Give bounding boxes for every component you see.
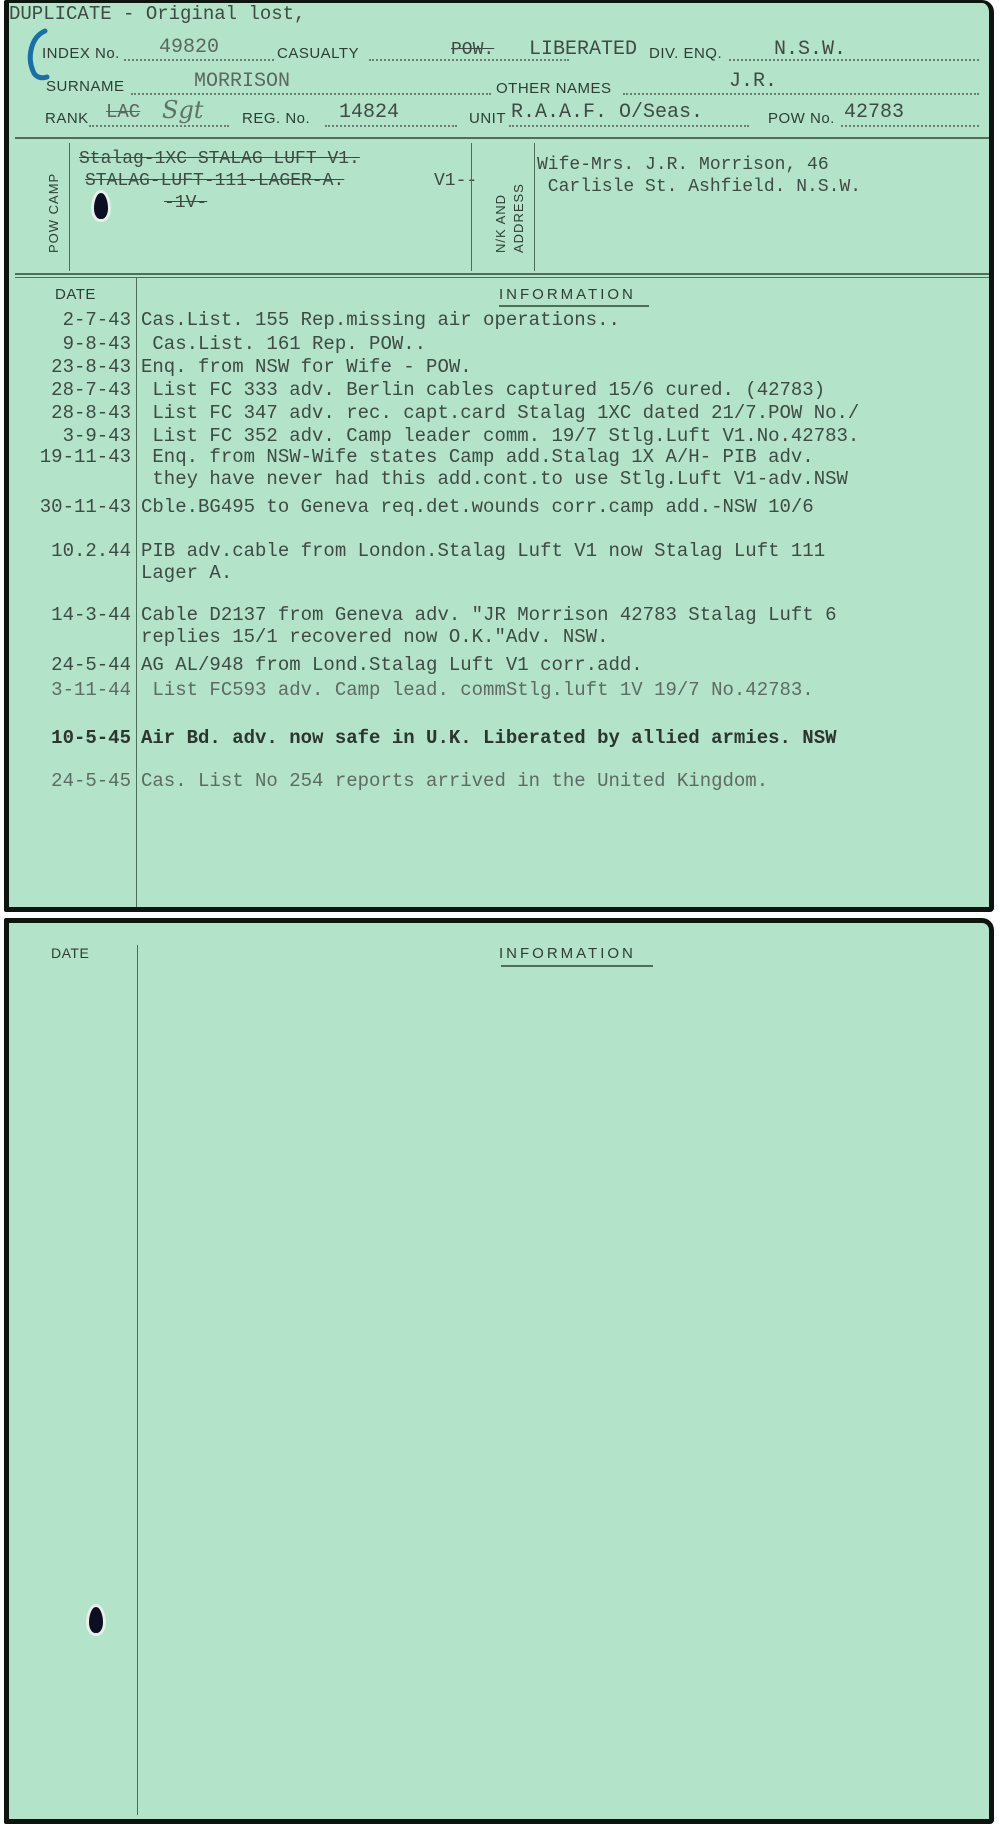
entry-text: Cas.List. 161 Rep. POW.. (141, 333, 426, 355)
pow-camp-line-3: -1V- (164, 193, 207, 213)
back-information-header: INFORMATION (499, 945, 636, 962)
reg-no-value: 14824 (339, 101, 399, 124)
surname-label: SURNAME (46, 78, 125, 95)
entry-text: Cas.List. 155 Rep.missing air operations… (141, 309, 620, 331)
pow-camp-line-1: Stalag-1XC STALAG LUFT V1. (79, 149, 360, 169)
casualty-value: LIBERATED (529, 38, 637, 61)
nok-label-1: N/K AND (493, 194, 508, 253)
unit-label: UNIT (469, 110, 506, 127)
entry-text: Enq. from NSW-Wife states Camp add.Stala… (141, 446, 814, 468)
entry-date: 2-7-43 (9, 309, 131, 331)
entry-date: 28-8-43 (9, 402, 131, 424)
index-no-label: INDEX No. (42, 45, 120, 62)
entry-date: 23-8-43 (9, 356, 131, 378)
pow-no-label: POW No. (768, 110, 835, 127)
rank-label: RANK (45, 110, 89, 127)
entry-text: List FC 333 adv. Berlin cables captured … (141, 379, 825, 401)
entry-date: 14-3-44 (9, 604, 131, 626)
back-date-header: DATE (51, 945, 89, 961)
entry-text: AG AL/948 from Lond.Stalag Luft V1 corr.… (141, 654, 643, 676)
entry-text: Cble.BG495 to Geneva req.det.wounds corr… (141, 496, 814, 518)
entry-date: 24-5-44 (9, 654, 131, 676)
nok-address-line-2: Carlisle St. Ashfield. N.S.W. (537, 177, 861, 197)
div-enq-value: N.S.W. (774, 38, 846, 61)
div-enq-label: DIV. ENQ. (649, 45, 722, 62)
entry-text: Cable D2137 from Geneva adv. "JR Morriso… (141, 604, 837, 626)
punch-hole (94, 193, 108, 219)
entry-text: Enq. from NSW for Wife - POW. (141, 356, 472, 378)
entry-date: 24-5-45 (9, 770, 131, 792)
entry-date: 10.2.44 (9, 540, 131, 562)
entry-text: PIB adv.cable from London.Stalag Luft V1… (141, 540, 825, 562)
rank-struck-value: LAC (106, 101, 140, 123)
entry-date: 9-8-43 (9, 333, 131, 355)
pow-no-value: 42783 (844, 101, 904, 124)
pow-camp-line-2: STALAG-LUFT-111-LAGER-A. (85, 171, 344, 191)
entry-text: List FC593 adv. Camp lead. commStlg.luft… (141, 679, 814, 701)
date-header: DATE (55, 286, 96, 303)
entry-date: 19-11-43 (9, 446, 131, 468)
entry-date: 3-11-44 (9, 679, 131, 701)
record-card-back: DATE INFORMATION (4, 918, 994, 1824)
entry-text: Cas. List No 254 reports arrived in the … (141, 770, 768, 792)
entry-date: 28-7-43 (9, 379, 131, 401)
index-no-value: 49820 (159, 36, 219, 59)
pow-camp-label: POW CAMP (46, 173, 61, 253)
record-card-front: DUPLICATE - Original lost, INDEX No. 498… (4, 0, 994, 912)
entry-text: List FC 352 adv. Camp leader comm. 19/7 … (141, 425, 859, 447)
other-names-value: J.R. (729, 70, 777, 93)
casualty-struck-value: POW. (451, 40, 494, 60)
entry-date: 30-11-43 (9, 496, 131, 518)
entry-text: List FC 347 adv. rec. capt.card Stalag 1… (141, 402, 859, 424)
unit-value: R.A.A.F. O/Seas. (511, 101, 703, 124)
back-punch-hole (89, 1607, 103, 1633)
information-header: INFORMATION (499, 286, 636, 303)
rank-handwritten-value: Sgt (162, 96, 203, 124)
casualty-label: CASUALTY (277, 45, 359, 62)
entry-text: Air Bd. adv. now safe in U.K. Liberated … (141, 727, 837, 749)
entry-text: replies 15/1 recovered now O.K."Adv. NSW… (141, 626, 608, 648)
other-names-label: OTHER NAMES (496, 80, 612, 97)
surname-value: MORRISON (194, 70, 290, 93)
nok-address-line-1: Wife-Mrs. J.R. Morrison, 46 (537, 155, 829, 175)
duplicate-annotation: DUPLICATE - Original lost, (9, 3, 305, 25)
entry-text: they have never had this add.cont.to use… (141, 468, 848, 490)
entry-date: 10-5-45 (9, 727, 131, 749)
reg-no-label: REG. No. (242, 110, 310, 127)
entry-text: Lager A. (141, 562, 232, 584)
entry-date: 3-9-43 (9, 425, 131, 447)
nok-label-2: ADDRESS (511, 183, 526, 253)
